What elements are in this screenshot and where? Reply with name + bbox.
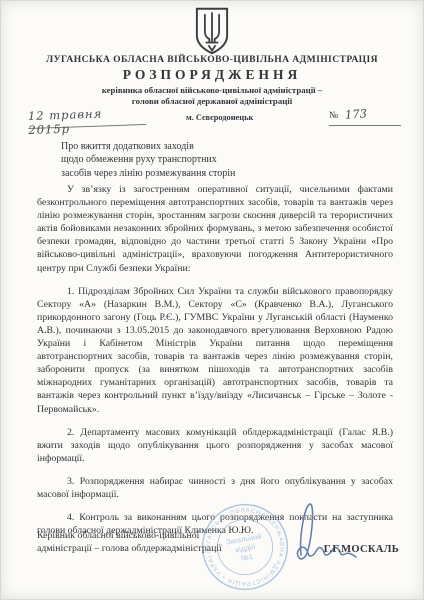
- document-subtitle-line2: голови обласної державної адміністрації: [1, 96, 423, 106]
- document-subtitle-line1: керівника обласної військово-цивільної а…: [1, 85, 423, 95]
- signer-name: Г.Г.МОСКАЛЬ: [324, 544, 399, 555]
- handwritten-date: 12 травня 2015р: [28, 106, 103, 137]
- ukraine-trident-emblem-icon: [194, 7, 230, 60]
- organization-name: ЛУГАНСЬКА ОБЛАСНА ВІЙСЬКОВО-ЦИВІЛЬНА АДМ…: [1, 54, 423, 65]
- subject-line: Про вжиття додаткових заходів: [61, 140, 235, 153]
- handwritten-date-field: 12 травня 2015р: [28, 105, 147, 129]
- item-2-paragraph: 2. Департаменту масових комунікацій облд…: [37, 426, 393, 465]
- document-page: ЛУГАНСЬКА ОБЛАСНА ВІЙСЬКОВО-ЦИВІЛЬНА АДМ…: [0, 0, 424, 600]
- preamble-paragraph: У зв’язку із загостренням оперативної си…: [37, 183, 393, 275]
- document-type-title: РОЗПОРЯДЖЕННЯ: [1, 67, 423, 83]
- subject-line: щодо обмеження руху транспортних: [61, 153, 235, 166]
- signer-title-line1: Керівник обласної військово-цивільної: [37, 529, 222, 542]
- handwritten-number: 173: [345, 106, 368, 121]
- document-number-field: № 173: [329, 106, 401, 126]
- subject-block: Про вжиття додаткових заходів щодо обмеж…: [61, 140, 235, 180]
- signer-title: Керівник обласної військово-цивільної ад…: [37, 529, 222, 555]
- item-1-paragraph: 1. Підрозділам Збройних Сил України та с…: [37, 285, 393, 416]
- signature-block: Керівник обласної військово-цивільної ад…: [37, 529, 399, 555]
- city-name: м. Сєвєродонецьк: [186, 113, 253, 122]
- number-sign: №: [329, 111, 338, 121]
- signer-title-line2: адміністрації – голова облдержадміністра…: [37, 542, 222, 555]
- subject-line: засобів через лінію розмежування сторін: [61, 167, 235, 180]
